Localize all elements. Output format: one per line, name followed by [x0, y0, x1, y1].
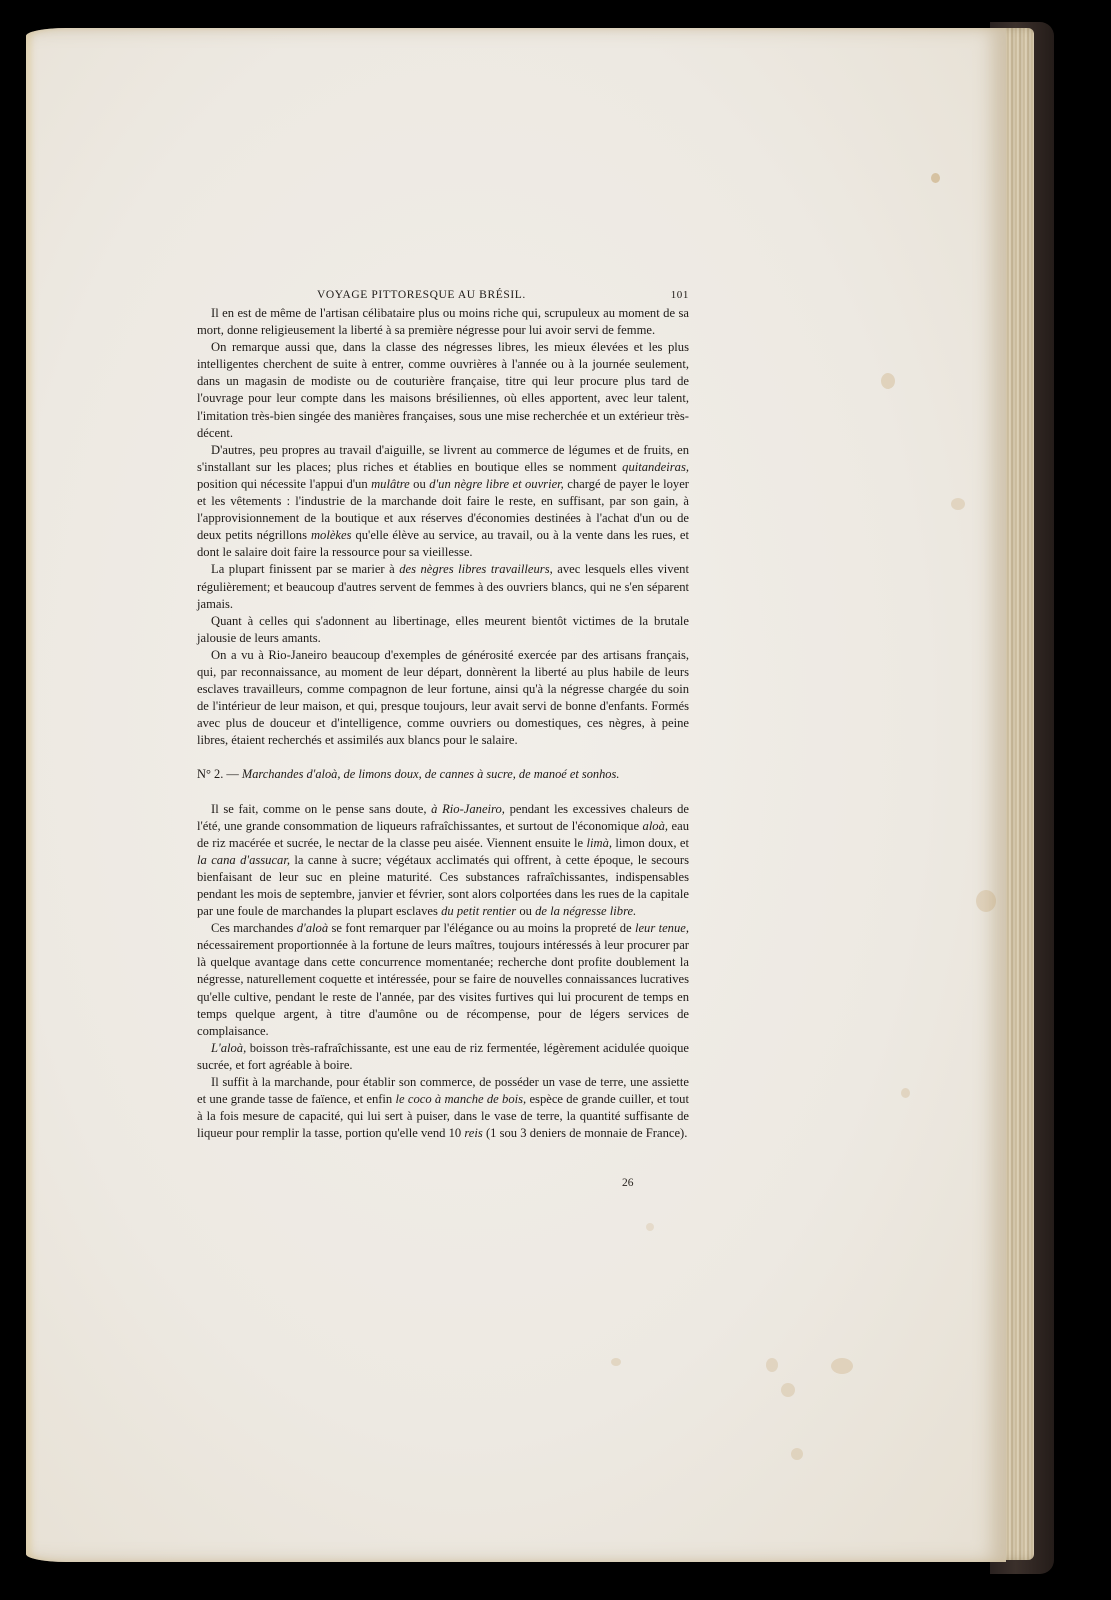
foxing-spot — [766, 1358, 778, 1372]
section-heading: N° 2. — Marchandes d'aloà, de limons dou… — [197, 766, 689, 783]
foxing-spot — [646, 1223, 654, 1231]
paragraph: La plupart finissent par se marier à des… — [197, 561, 689, 612]
paragraph: On a vu à Rio-Janeiro beaucoup d'exemple… — [197, 647, 689, 750]
foxing-spot — [901, 1088, 910, 1098]
signature-mark: 26 — [622, 1177, 634, 1189]
body-paragraphs: Il en est de même de l'artisan célibatai… — [197, 305, 689, 749]
foxing-spot — [831, 1358, 853, 1374]
foxing-spot — [881, 373, 895, 389]
section-title: Marchandes d'aloà, de limons doux, de ca… — [242, 767, 620, 781]
foxing-spot — [791, 1448, 803, 1460]
paragraph: Quant à celles qui s'adonnent au liberti… — [197, 613, 689, 647]
foxing-spot — [781, 1383, 795, 1397]
paragraph: Il en est de même de l'artisan célibatai… — [197, 305, 689, 339]
foxing-spot — [931, 173, 940, 183]
running-head: VOYAGE PITTORESQUE AU BRÉSIL. 101 — [197, 285, 689, 305]
section-paragraphs: Il se fait, comme on le pense sans doute… — [197, 801, 689, 1143]
running-head-title: VOYAGE PITTORESQUE AU BRÉSIL. — [317, 287, 526, 304]
section-number: N° 2. — — [197, 767, 239, 781]
paragraph: On remarque aussi que, dans la classe de… — [197, 339, 689, 442]
foxing-spot — [976, 890, 996, 912]
paragraph: D'autres, peu propres au travail d'aigui… — [197, 442, 689, 562]
page-number: 101 — [671, 287, 689, 304]
paragraph: Ces marchandes d'aloà se font remarquer … — [197, 920, 689, 1040]
text-column: VOYAGE PITTORESQUE AU BRÉSIL. 101 Il en … — [197, 285, 689, 1142]
paragraph: Il suffit à la marchande, pour établir s… — [197, 1074, 689, 1142]
paragraph: Il se fait, comme on le pense sans doute… — [197, 801, 689, 921]
foxing-spot — [611, 1358, 621, 1366]
foxing-spot — [951, 498, 965, 510]
paragraph: L'aloà, boisson très-rafraîchissante, es… — [197, 1040, 689, 1074]
